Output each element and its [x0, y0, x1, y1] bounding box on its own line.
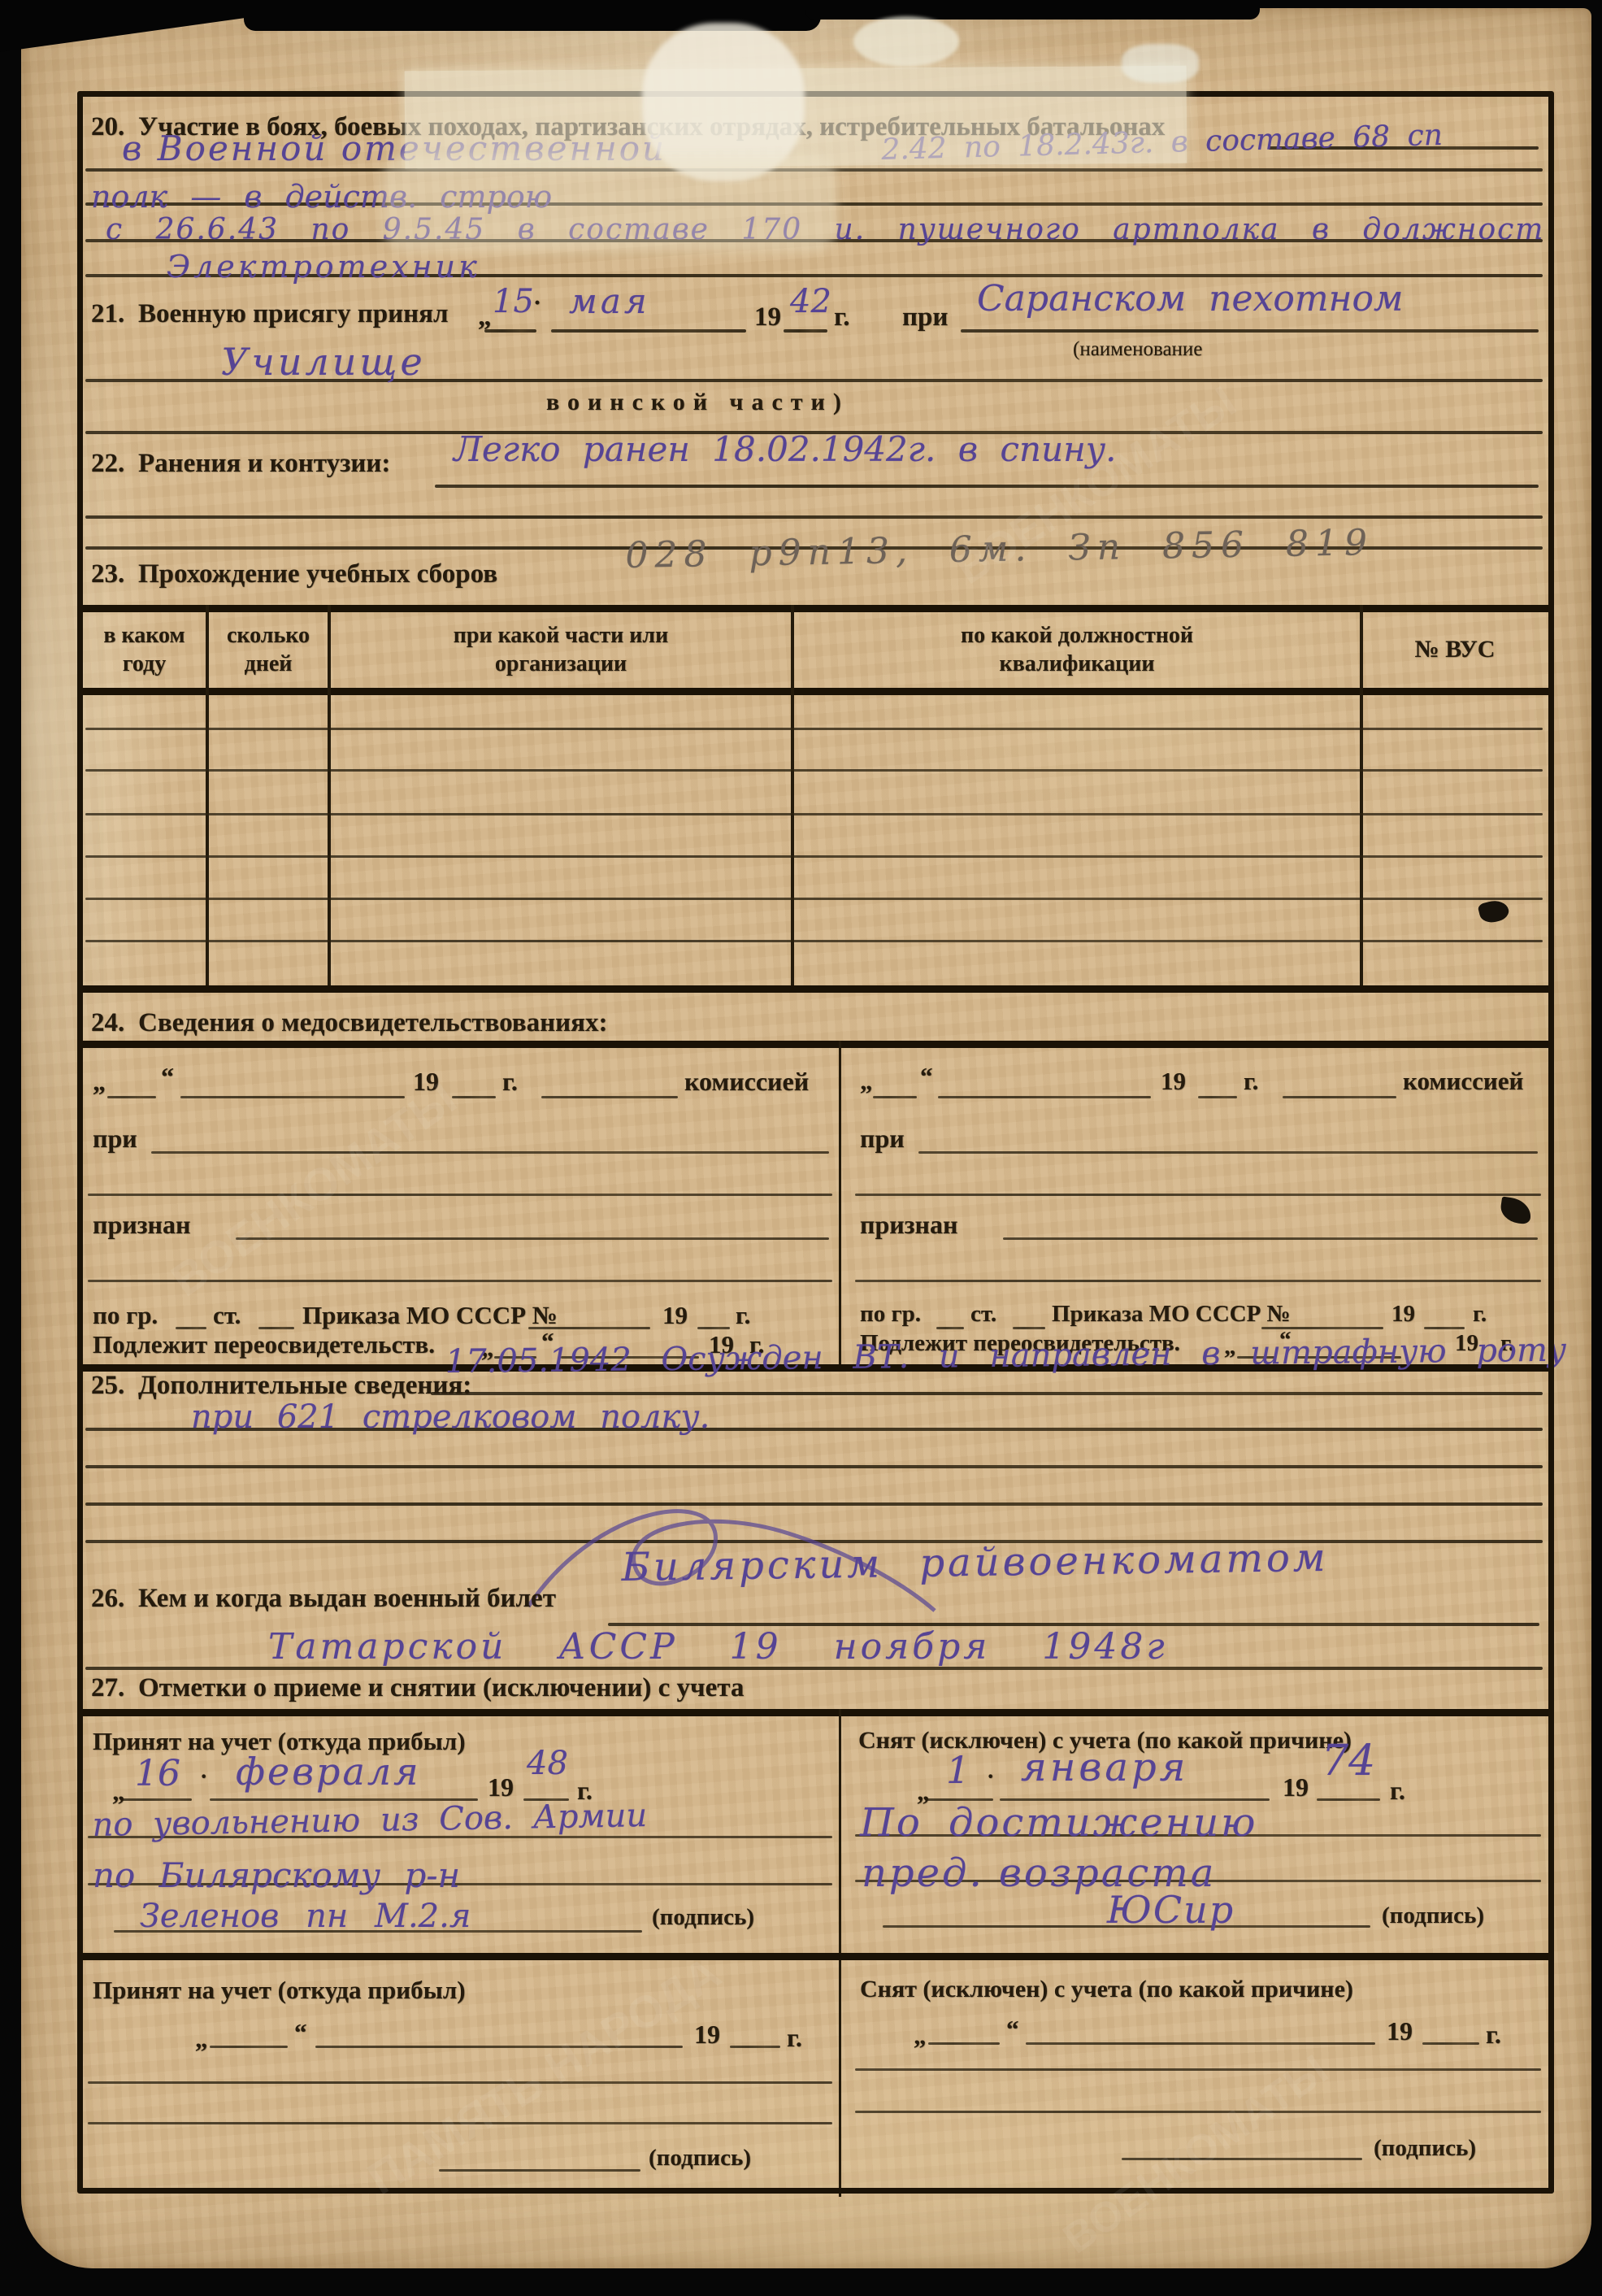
scanned-military-id-page: 20. Участие в боях, боевых походах, парт… — [0, 0, 1602, 2296]
scan-edge-top-2 — [805, 0, 1260, 20]
tape-blob-small — [853, 16, 959, 67]
tape-wash — [382, 154, 837, 252]
tape-fleck — [1122, 44, 1199, 83]
form-frame-border — [77, 91, 1554, 2194]
